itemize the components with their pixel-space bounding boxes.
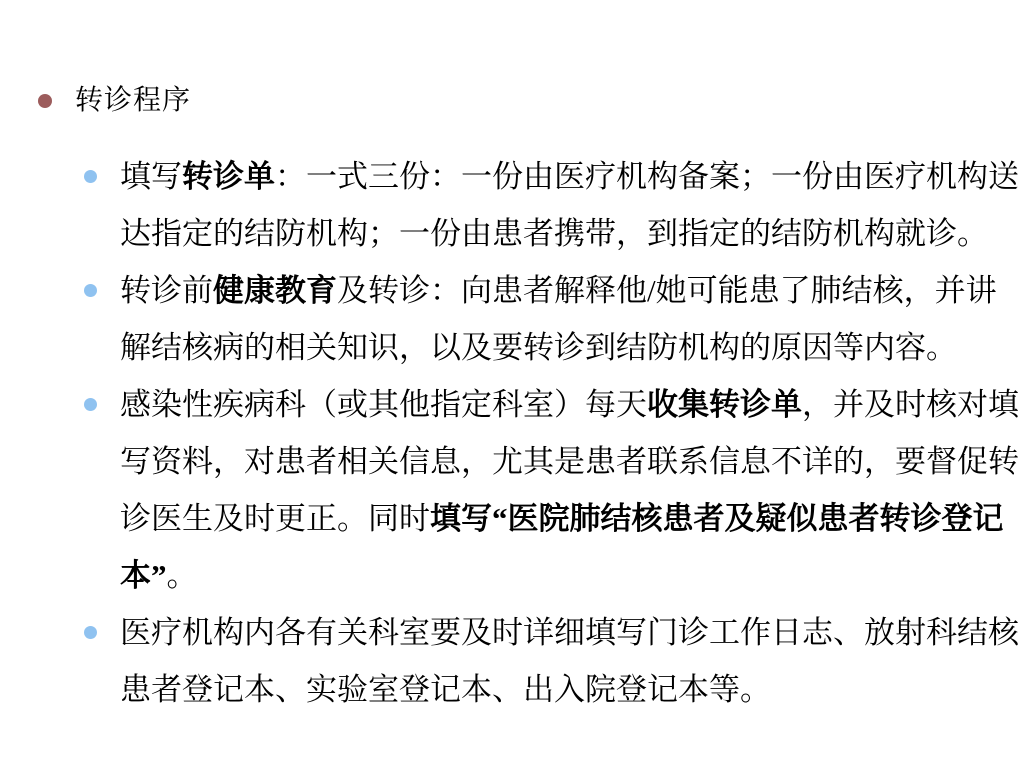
text-segment: 填写 [120,159,182,194]
text-segment: 医疗机构内各有关科室要及时详细填写门诊工作日志、放射科结核患者登记本、实验室登记… [120,615,1019,707]
list-item-referral-form: 填写转诊单：一式三份：一份由医疗机构备案；一份由医疗机构送达指定的结防机构；一份… [0,148,1024,262]
bullet-circle-icon [84,398,97,411]
list-item-health-education: 转诊前健康教育及转诊：向患者解释他/她可能患了肺结核，并讲解结核病的相关知识，以… [0,262,1024,376]
list-item-text: 感染性疾病科（或其他指定科室）每天收集转诊单，并及时核对填写资料，对患者相关信息… [120,376,1024,604]
bullet-circle-icon [84,284,97,297]
bullet-circle-icon [84,626,97,639]
list-item-text: 填写转诊单：一式三份：一份由医疗机构备案；一份由医疗机构送达指定的结防机构；一份… [120,148,1024,262]
bullet-circle-icon [38,94,52,108]
presentation-slide: 转诊程序 填写转诊单：一式三份：一份由医疗机构备案；一份由医疗机构送达指定的结防… [0,0,1024,768]
list-item-level1: 转诊程序 [0,72,1024,130]
list-item-text: 医疗机构内各有关科室要及时详细填写门诊工作日志、放射科结核患者登记本、实验室登记… [120,604,1024,718]
list-item-registers: 医疗机构内各有关科室要及时详细填写门诊工作日志、放射科结核患者登记本、实验室登记… [0,604,1024,718]
list-item-collect-forms: 感染性疾病科（或其他指定科室）每天收集转诊单，并及时核对填写资料，对患者相关信息… [0,376,1024,604]
level1-heading: 转诊程序 [75,72,191,130]
bullet-circle-icon [84,170,97,183]
text-segment-bold: 收集转诊单 [647,387,802,422]
text-segment: 转诊前 [120,273,213,308]
list-item-text: 转诊前健康教育及转诊：向患者解释他/她可能患了肺结核，并讲解结核病的相关知识，以… [120,262,1024,376]
text-segment: 。 [167,558,198,593]
text-segment-bold: 转诊单 [182,159,275,194]
text-segment-bold: 健康教育 [213,273,337,308]
text-segment: 感染性疾病科（或其他指定科室）每天 [120,387,647,422]
